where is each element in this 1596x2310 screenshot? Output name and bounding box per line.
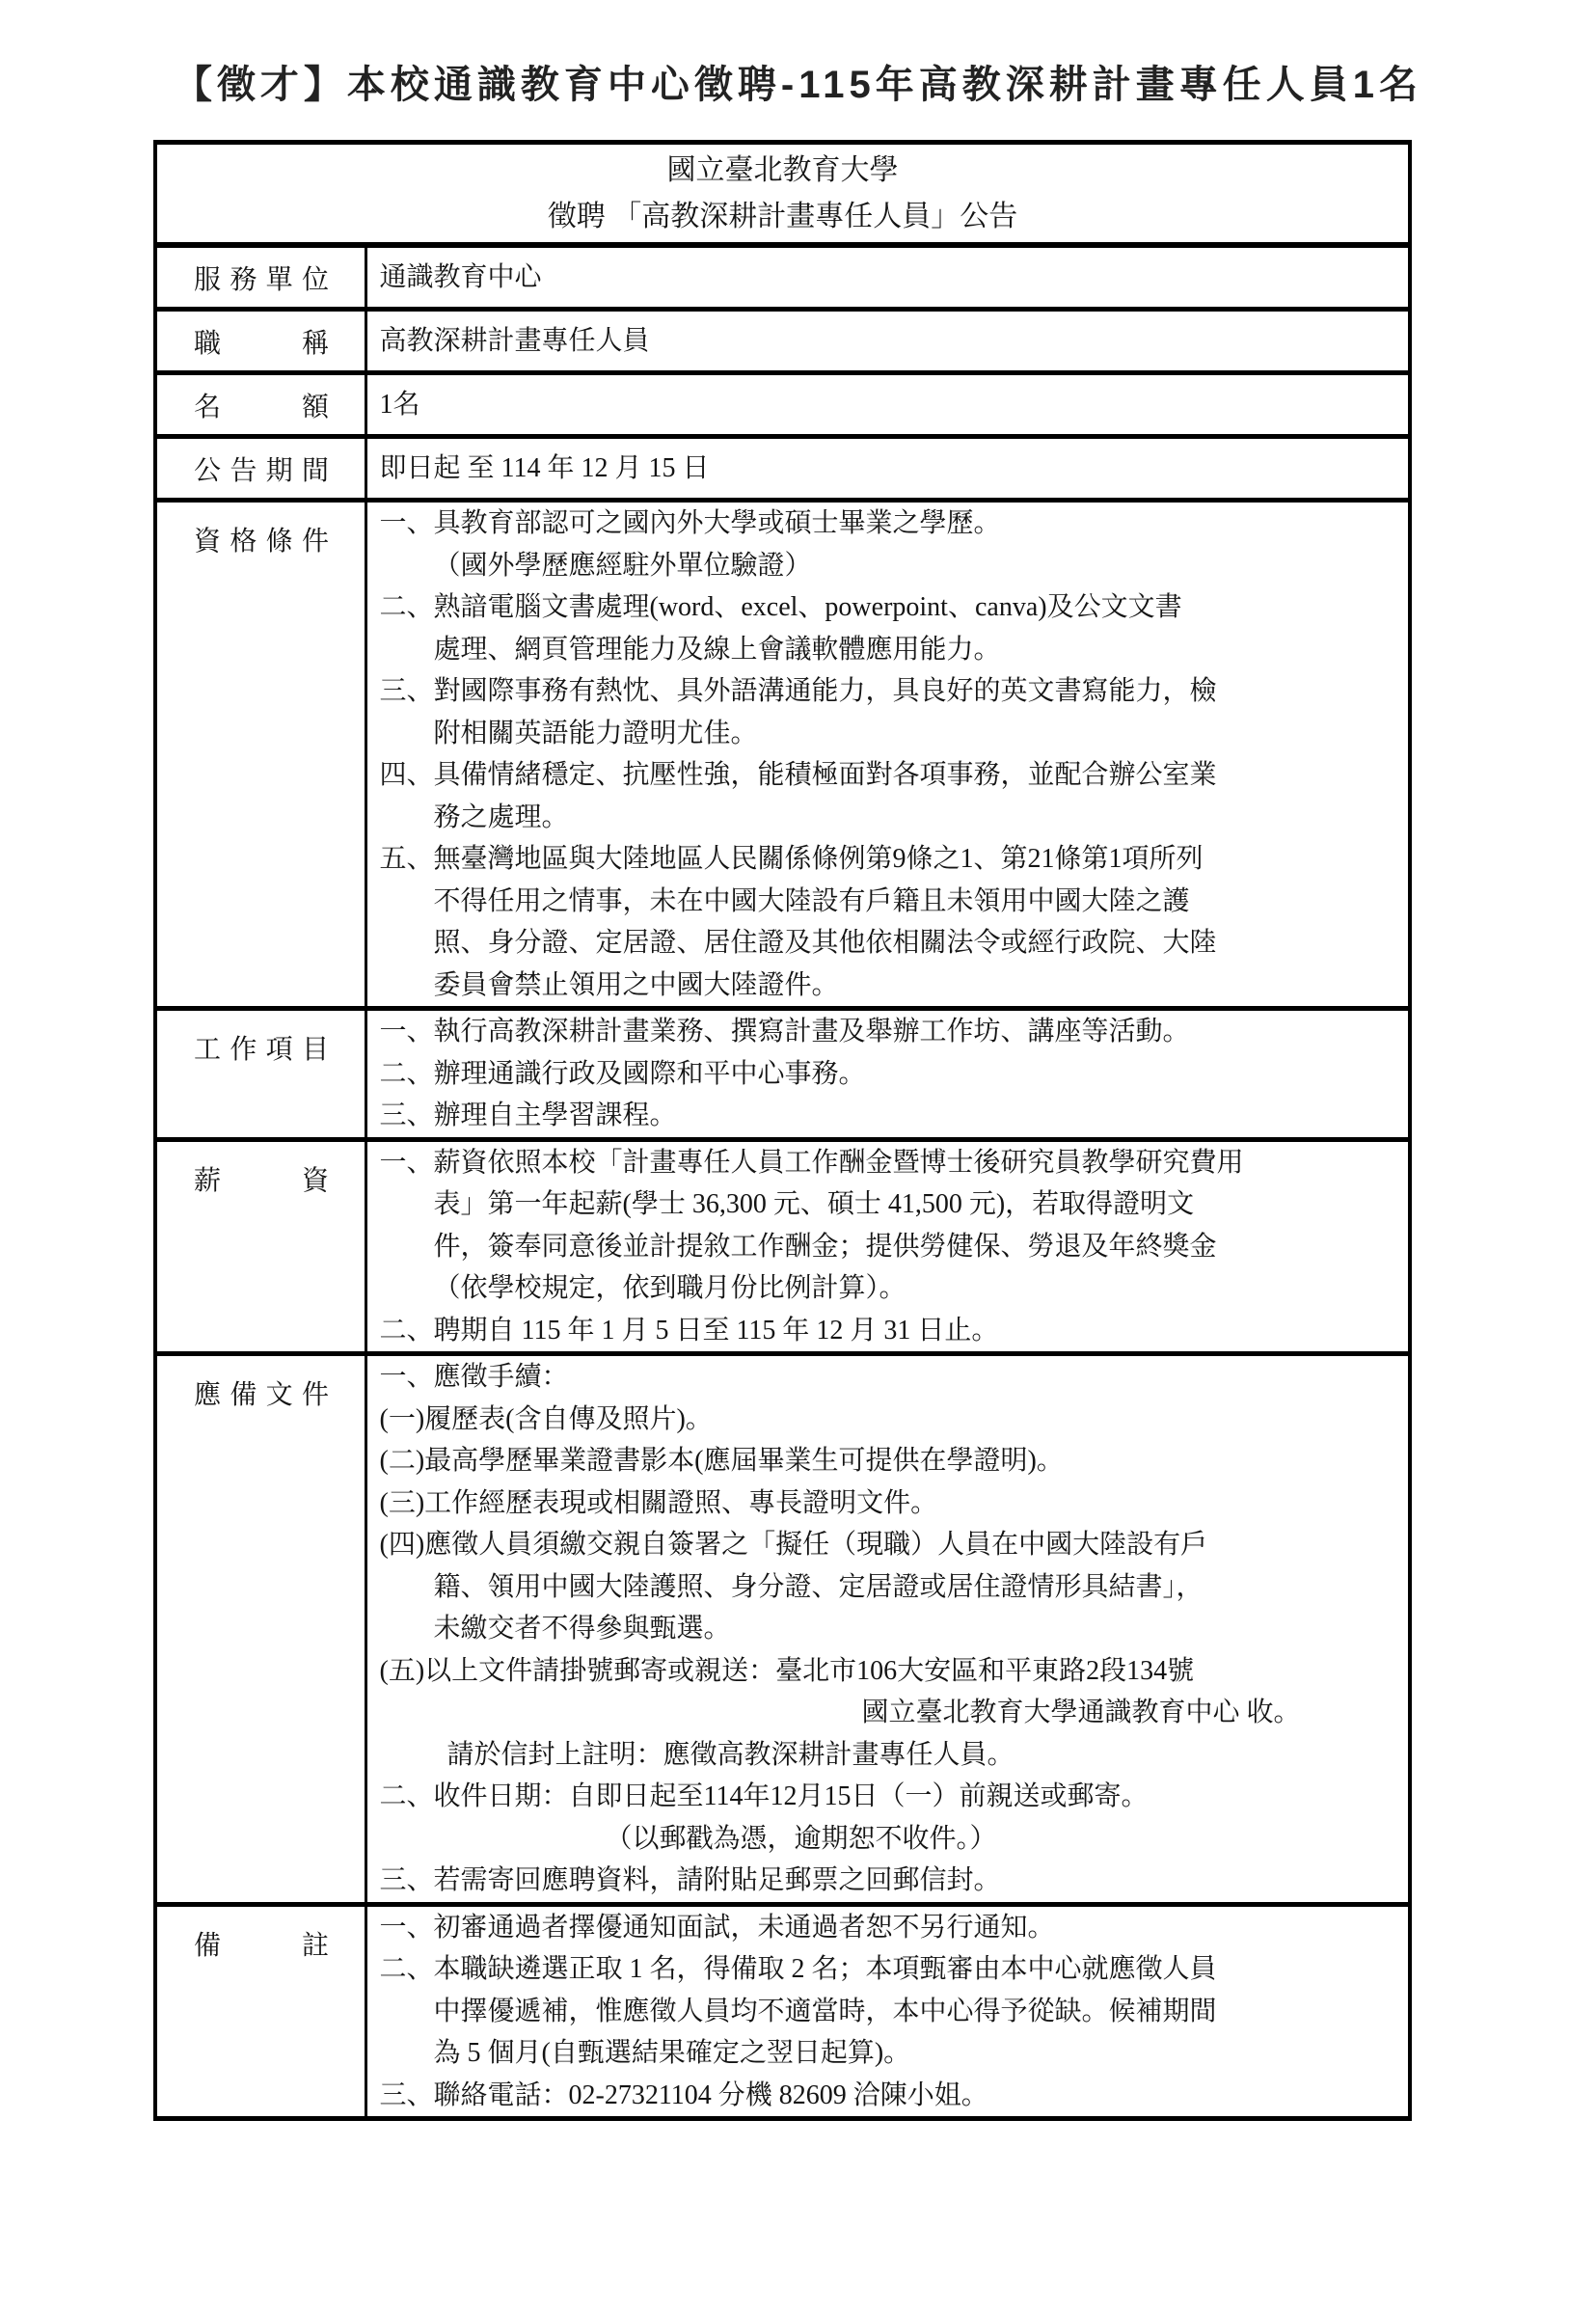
qualifications-value-cell: 一、具教育部認可之國內外大學或碩士畢業之學歷。 （國外學歷應經駐外單位驗證） 二… — [365, 501, 1410, 1009]
content-line: (四)應徵人員須繳交親自簽署之「擬任（現職）人員在中國大陸設有戶 — [380, 1524, 1409, 1566]
row-service-unit: 服務單位 通識教育中心 — [155, 245, 1410, 310]
header-announcement-title: 徵聘 「高教深耕計畫專任人員」公告 — [157, 194, 1408, 240]
salary-value-cell: 一、薪資依照本校「計畫專任人員工作酬金暨博士後研究員教學研究費用 表」第一年起薪… — [365, 1139, 1410, 1354]
content-line: 二、收件日期：自即日起至114年12月15日（一）前親送或郵寄。 — [380, 1776, 1409, 1818]
content-line: (一)履歷表(含自傳及照片)。 — [380, 1399, 1409, 1441]
content-line: 表」第一年起薪(學士 36,300 元、碩士 41,500 元)，若取得證明文 — [380, 1183, 1409, 1226]
announcement-period-value: 即日起 至 114 年 12 月 15 日 — [380, 448, 1409, 490]
content-line: 二、聘期自 115 年 1 月 5 日至 115 年 12 月 31 日止。 — [380, 1310, 1409, 1352]
documents-label-cell: 應備文件 — [155, 1354, 365, 1905]
table-header-row: 國立臺北教育大學 徵聘 「高教深耕計畫專任人員」公告 — [155, 143, 1410, 246]
content-line: 一、薪資依照本校「計畫專任人員工作酬金暨博士後研究員教學研究費用 — [380, 1142, 1409, 1184]
content-line: 一、應徵手續： — [380, 1356, 1409, 1399]
notes-value-cell: 一、初審通過者擇優通知面試，未通過者恕不另行通知。 二、本職缺遴選正取 1 名，… — [365, 1904, 1410, 2119]
content-line: 五、無臺灣地區與大陸地區人民關係條例第9條之1、第21條第1項所列 — [380, 838, 1409, 881]
page-title: 【徵才】本校通識教育中心徵聘-115年高教深耕計畫專任人員1名 — [0, 54, 1596, 109]
job-title-value: 高教深耕計畫專任人員 — [380, 320, 1409, 363]
service-unit-value-cell: 通識教育中心 — [365, 245, 1410, 310]
row-qualifications: 資格條件 一、具教育部認可之國內外大學或碩士畢業之學歷。 （國外學歷應經駐外單位… — [155, 501, 1410, 1009]
salary-label-cell: 薪資 — [155, 1139, 365, 1354]
content-line: 未繳交者不得參與甄選。 — [380, 1608, 1409, 1650]
announcement-period-value-cell: 即日起 至 114 年 12 月 15 日 — [365, 437, 1410, 501]
content-line: 二、辦理通識行政及國際和平中心事務。 — [380, 1053, 1409, 1096]
announcement-period-label-cell: 公告期間 — [155, 437, 365, 501]
service-unit-label-cell: 服務單位 — [155, 245, 365, 310]
content-line: 照、身分證、定居證、居住證及其他依相關法令或經行政院、大陸 — [380, 922, 1409, 965]
row-salary: 薪資 一、薪資依照本校「計畫專任人員工作酬金暨博士後研究員教學研究費用 表」第一… — [155, 1139, 1410, 1354]
job-title-label: 職稱 — [194, 322, 329, 361]
content-line: 籍、領用中國大陸護照、身分證、定居證或居住證情形具結書」， — [380, 1566, 1409, 1609]
content-line: 三、對國際事務有熱忱、具外語溝通能力，具良好的英文書寫能力，檢 — [380, 670, 1409, 713]
notes-label: 備註 — [194, 1907, 329, 1963]
content-line: 中擇優遞補，惟應徵人員均不適當時，本中心得予從缺。候補期間 — [380, 1991, 1409, 2033]
content-line: 件，簽奉同意後並計提敘工作酬金；提供勞健保、勞退及年終獎金 — [380, 1226, 1409, 1268]
announcement-period-label: 公告期間 — [194, 449, 329, 488]
salary-label: 薪資 — [194, 1142, 329, 1198]
documents-value-cell: 一、應徵手續： (一)履歷表(含自傳及照片)。 (二)最高學歷畢業證書影本(應屆… — [365, 1354, 1410, 1905]
service-unit-value: 通識教育中心 — [380, 257, 1409, 299]
content-line: （國外學歷應經駐外單位驗證） — [380, 545, 1409, 587]
job-title-value-cell: 高教深耕計畫專任人員 — [365, 310, 1410, 373]
header-university-name: 國立臺北教育大學 — [157, 148, 1408, 194]
work-items-label-cell: 工作項目 — [155, 1009, 365, 1140]
content-line: 三、辦理自主學習課程。 — [380, 1095, 1409, 1137]
work-items-value-cell: 一、執行高教深耕計畫業務、撰寫計畫及舉辦工作坊、講座等活動。 二、辦理通識行政及… — [365, 1009, 1410, 1140]
content-line: 四、具備情緒穩定、抗壓性強，能積極面對各項事務，並配合辦公室業 — [380, 754, 1409, 797]
content-line: 三、聯絡電話：02-27321104 分機 82609 洽陳小姐。 — [380, 2075, 1409, 2117]
content-line: 一、初審通過者擇優通知面試，未通過者恕不另行通知。 — [380, 1907, 1409, 1949]
content-line: 委員會禁止領用之中國大陸證件。 — [380, 965, 1409, 1007]
content-line: 三、若需寄回應聘資料，請附貼足郵票之回郵信封。 — [380, 1860, 1409, 1902]
row-job-title: 職稱 高教深耕計畫專任人員 — [155, 310, 1410, 373]
notes-label-cell: 備註 — [155, 1904, 365, 2119]
row-notes: 備註 一、初審通過者擇優通知面試，未通過者恕不另行通知。 二、本職缺遴選正取 1… — [155, 1904, 1410, 2119]
content-line: 不得任用之情事，未在中國大陸設有戶籍且未領用中國大陸之護 — [380, 881, 1409, 923]
row-documents: 應備文件 一、應徵手續： (一)履歷表(含自傳及照片)。 (二)最高學歷畢業證書… — [155, 1354, 1410, 1905]
content-line: 處理、網頁管理能力及線上會議軟體應用能力。 — [380, 629, 1409, 671]
work-items-label: 工作項目 — [194, 1011, 329, 1067]
row-work-items: 工作項目 一、執行高教深耕計畫業務、撰寫計畫及舉辦工作坊、講座等活動。 二、辦理… — [155, 1009, 1410, 1140]
qualifications-label: 資格條件 — [194, 503, 329, 558]
content-line: 為 5 個月(自甄選結果確定之翌日起算)。 — [380, 2032, 1409, 2075]
content-line: 一、執行高教深耕計畫業務、撰寫計畫及舉辦工作坊、講座等活動。 — [380, 1011, 1409, 1053]
document-page: { "page_title": "【徵才】本校通識教育中心徵聘-115年高教深耕… — [0, 54, 1596, 2310]
quota-label: 名額 — [194, 386, 329, 424]
row-announcement-period: 公告期間 即日起 至 114 年 12 月 15 日 — [155, 437, 1410, 501]
announcement-table: 國立臺北教育大學 徵聘 「高教深耕計畫專任人員」公告 服務單位 通識教育中心 職… — [153, 140, 1412, 2121]
content-line: 務之處理。 — [380, 797, 1409, 839]
service-unit-label: 服務單位 — [194, 258, 329, 297]
content-line: 一、具教育部認可之國內外大學或碩士畢業之學歷。 — [380, 503, 1409, 545]
quota-label-cell: 名額 — [155, 373, 365, 437]
content-line: 二、本職缺遴選正取 1 名，得備取 2 名；本項甄審由本中心就應徵人員 — [380, 1948, 1409, 1991]
documents-label: 應備文件 — [194, 1356, 329, 1412]
content-line: (三)工作經歷表現或相關證照、專長證明文件。 — [380, 1482, 1409, 1525]
content-line: 國立臺北教育大學通識教育中心 收。 — [380, 1692, 1409, 1734]
qualifications-label-cell: 資格條件 — [155, 501, 365, 1009]
quota-value-cell: 1名 — [365, 373, 1410, 437]
table-header-cell: 國立臺北教育大學 徵聘 「高教深耕計畫專任人員」公告 — [155, 143, 1410, 246]
content-line: 附相關英語能力證明尤佳。 — [380, 713, 1409, 755]
row-quota: 名額 1名 — [155, 373, 1410, 437]
quota-value: 1名 — [380, 384, 1409, 426]
content-line: 二、熟諳電腦文書處理(word、excel、powerpoint、canva)及… — [380, 586, 1409, 629]
content-line: (二)最高學歷畢業證書影本(應屆畢業生可提供在學證明)。 — [380, 1440, 1409, 1482]
job-title-label-cell: 職稱 — [155, 310, 365, 373]
content-line: 請於信封上註明：應徵高教深耕計畫專任人員。 — [380, 1734, 1409, 1777]
content-line: (五)以上文件請掛號郵寄或親送：臺北市106大安區和平東路2段134號 — [380, 1650, 1409, 1693]
content-line: （以郵戳為憑，逾期恕不收件。） — [380, 1818, 1409, 1861]
content-line: （依學校規定，依到職月份比例計算）。 — [380, 1267, 1409, 1310]
